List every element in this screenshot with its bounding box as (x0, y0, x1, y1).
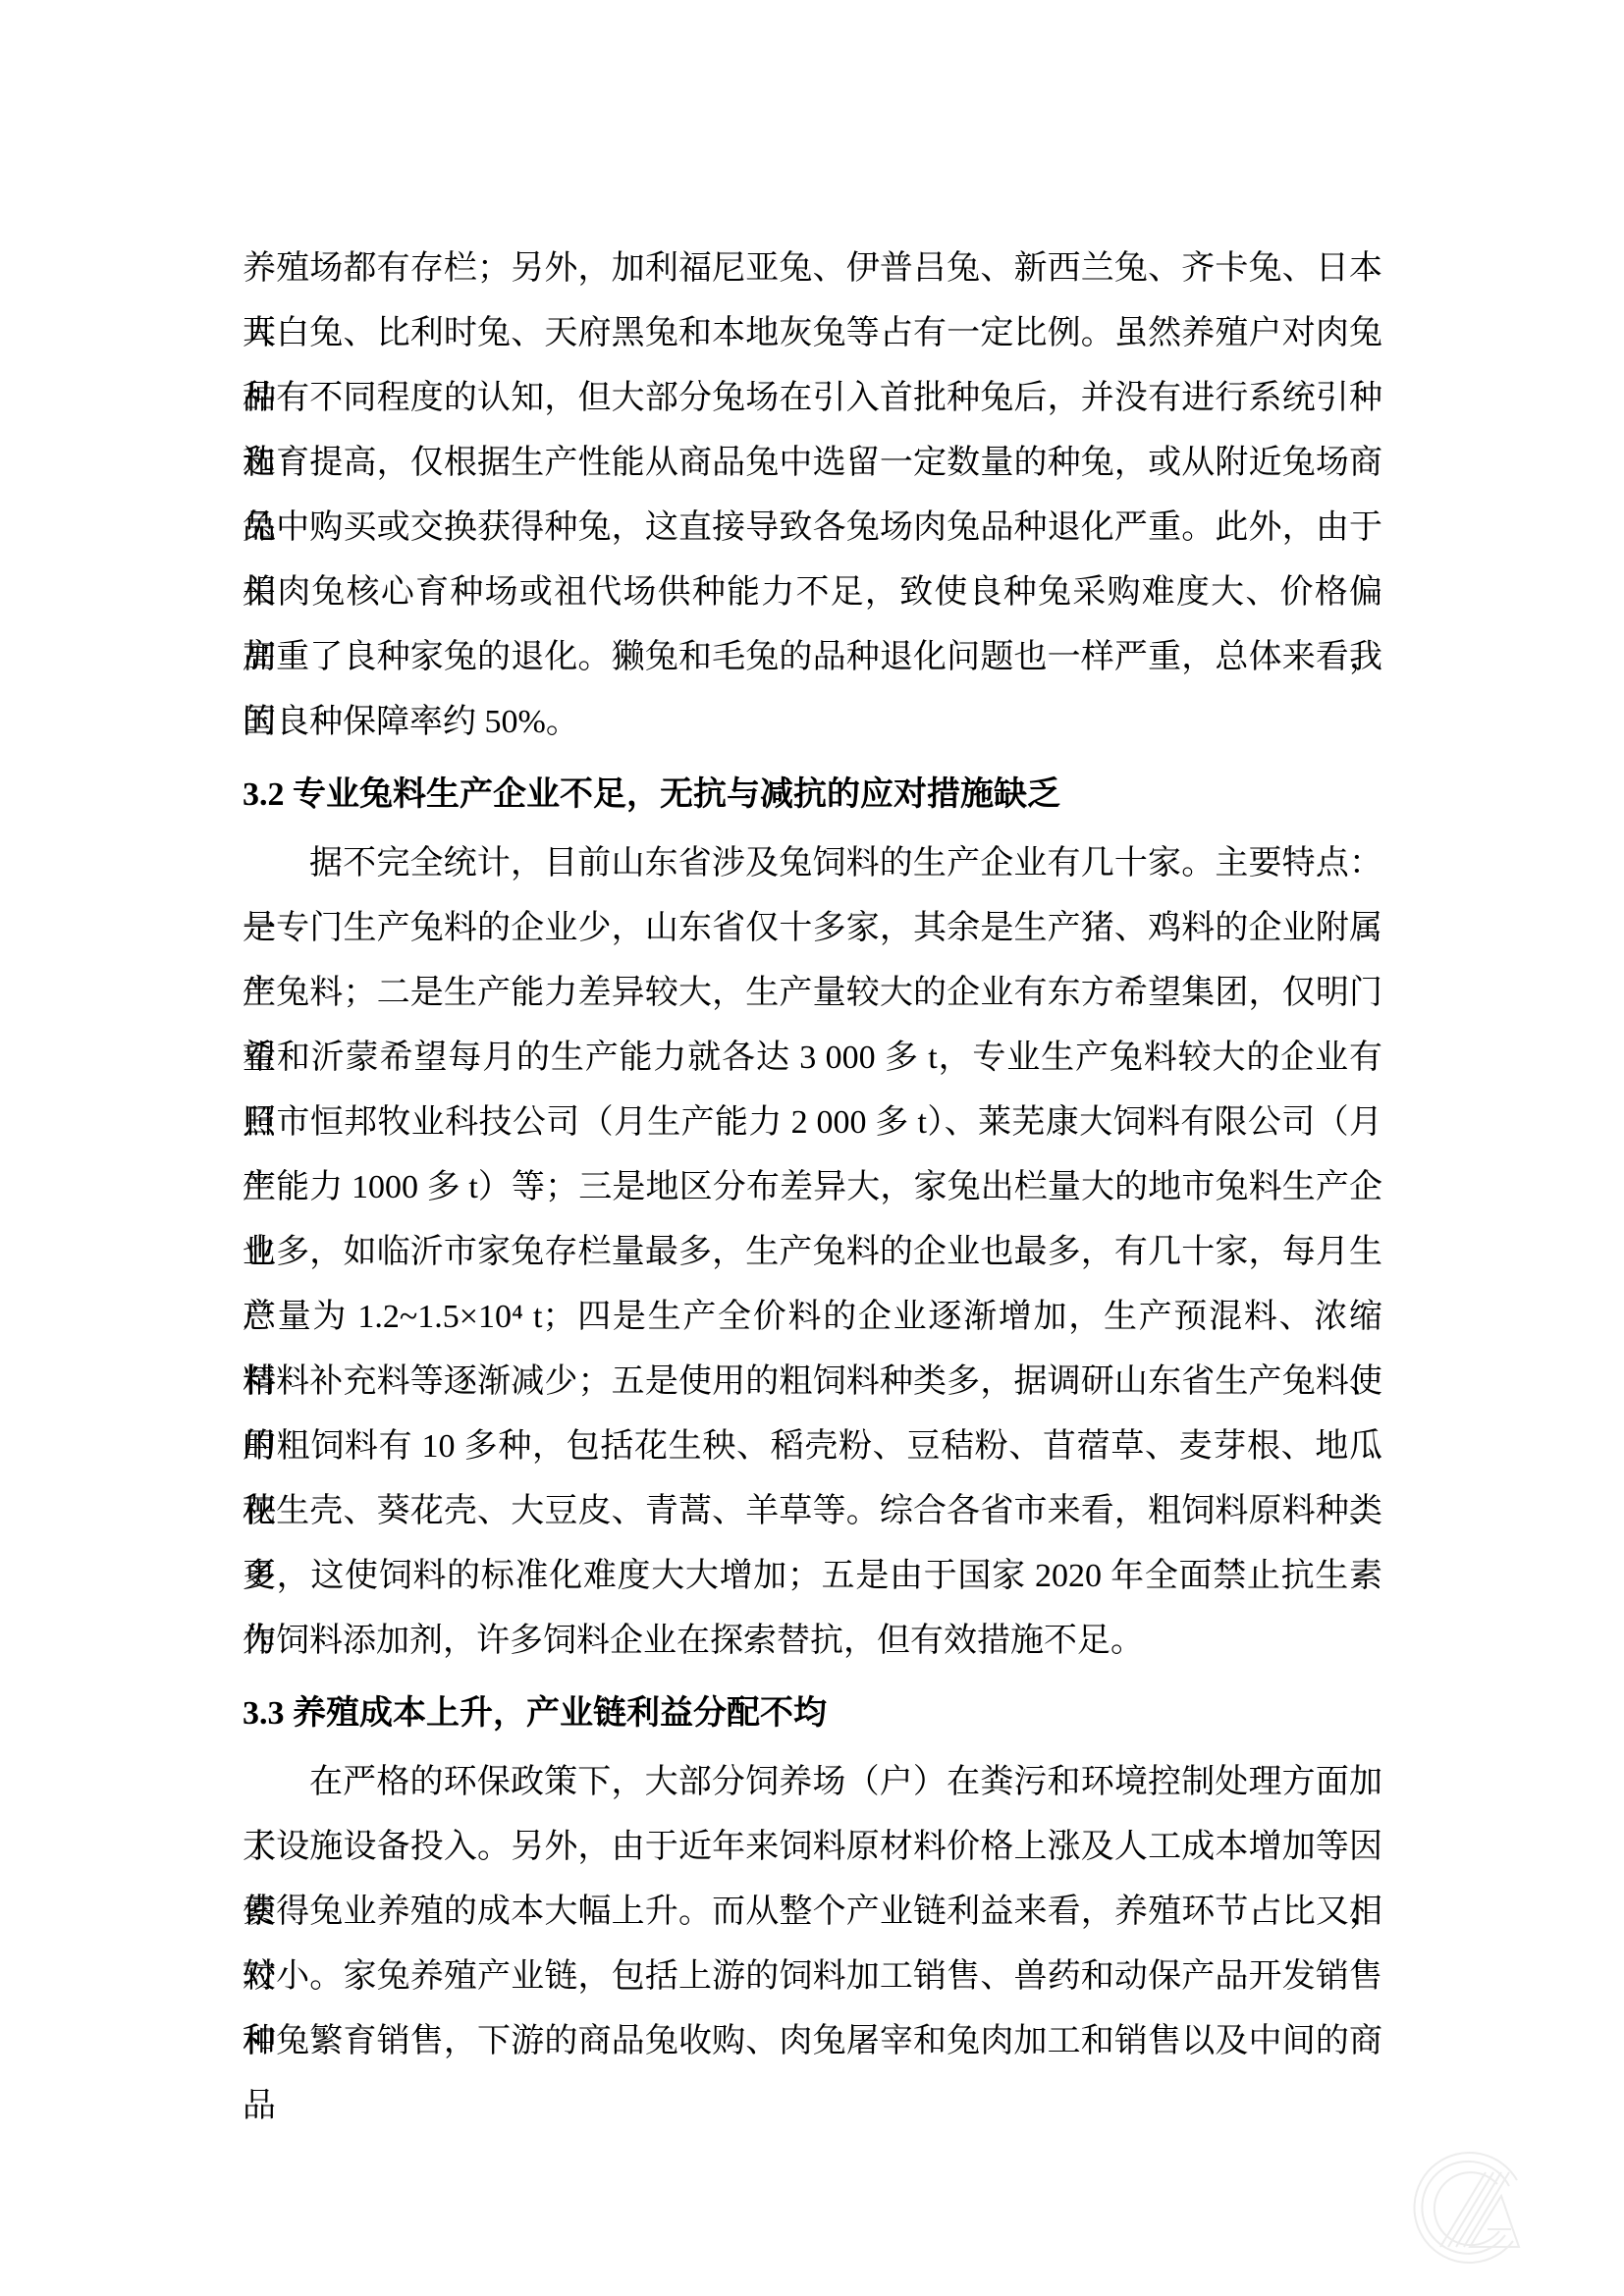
body-line: 也多，如临沂市家兔存栏量最多，生产兔料的企业也最多，有几十家，每月生产 (243, 1220, 1382, 1285)
section-heading: 3.2 专业兔料生产企业不足，无抗与减抗的应对措施缺乏 (243, 763, 1382, 828)
text-content: 养殖场都有存栏；另外，加利福尼亚兔、伊普吕兔、新西兰兔、齐卡兔、日本大耳白兔、比… (243, 237, 1382, 2074)
body-line: 产能力 1000 多 t）等；三是地区分布差异大，家兔出栏量大的地市兔料生产企业 (243, 1155, 1382, 1220)
body-line: 种有不同程度的认知，但大部分兔场在引入首批种兔后，并没有进行系统引种和 (243, 366, 1382, 431)
body-line: 较小。家兔养殖产业链，包括上游的饲料加工销售、兽药和动保产品开发销售和 (243, 1945, 1382, 2009)
body-line: 选育提高，仅根据生产性能从商品兔中选留一定数量的种兔，或从附近兔场商品 (243, 431, 1382, 496)
body-line: 总量为 1.2~1.5×10⁴ t；四是生产全价料的企业逐渐增加，生产预混料、浓… (243, 1285, 1382, 1350)
publisher-watermark-logo (1411, 2145, 1541, 2274)
section-heading: 3.3 养殖成本上升，产业链利益分配不均 (243, 1682, 1382, 1746)
body-line: 种兔繁育销售，下游的商品兔收购、肉兔屠宰和兔肉加工和销售以及中间的商品 (243, 2009, 1382, 2074)
body-line: 了设施设备投入。另外，由于近年来饲料原材料价格上涨及人工成本增加等因素， (243, 1815, 1382, 1880)
body-line: 养殖场都有存栏；另外，加利福尼亚兔、伊普吕兔、新西兰兔、齐卡兔、日本大 (243, 237, 1382, 301)
body-line: 在严格的环保政策下，大部分饲养场（户）在粪污和环境控制处理方面加大 (243, 1750, 1382, 1815)
body-line: 是专门生产兔料的企业少，山东省仅十多家，其余是生产猪、鸡料的企业附属生 (243, 896, 1382, 961)
document-page: 养殖场都有存栏；另外，加利福尼亚兔、伊普吕兔、新西兰兔、齐卡兔、日本大耳白兔、比… (0, 0, 1624, 2296)
body-line: 使得兔业养殖的成本大幅上升。而从整个产业链利益来看，养殖环节占比又相对 (243, 1880, 1382, 1945)
body-line: 的粗饲料有 10 多种，包括花生秧、稻壳粉、豆秸粉、苜蓿草、麦芽根、地瓜秧、 (243, 1415, 1382, 1479)
body-line: 产兔料；二是生产能力差异较大，生产量较大的企业有东方希望集团，仅明门希 (243, 961, 1382, 1026)
body-line: 为饲料添加剂，许多饲料企业在探索替抗，但有效措施不足。 (243, 1609, 1382, 1674)
body-line: 精料补充料等逐渐减少；五是使用的粗饲料种类多，据调研山东省生产兔料使用 (243, 1350, 1382, 1415)
body-line: 望和沂蒙希望每月的生产能力就各达 3 000 多 t，专业生产兔料较大的企业有日 (243, 1026, 1382, 1091)
body-line: 据不完全统计，目前山东省涉及兔饲料的生产企业有几十家。主要特点：一 (243, 831, 1382, 896)
body-line: 耳白兔、比利时兔、天府黑兔和本地灰兔等占有一定比例。虽然养殖户对肉兔品 (243, 301, 1382, 366)
body-line: 花生壳、葵花壳、大豆皮、青蒿、羊草等。综合各省市来看，粗饲料原料种类更 (243, 1479, 1382, 1544)
body-line: 多，这使饲料的标准化难度大大增加；五是由于国家 2020 年全面禁止抗生素作 (243, 1544, 1382, 1609)
body-line: 兔中购买或交换获得种兔，这直接导致各兔场肉兔品种退化严重。此外，由于相 (243, 496, 1382, 561)
body-line: 关肉兔核心育种场或祖代场供种能力不足，致使良种兔采购难度大、价格偏高， (243, 561, 1382, 625)
body-line: 加重了良种家兔的退化。獭兔和毛兔的品种退化问题也一样严重，总体来看我国 (243, 625, 1382, 690)
body-line: 照市恒邦牧业科技公司（月生产能力 2 000 多 t）、莱芜康大饲料有限公司（月… (243, 1091, 1382, 1155)
body-line: 的良种保障率约 50%。 (243, 690, 1382, 755)
